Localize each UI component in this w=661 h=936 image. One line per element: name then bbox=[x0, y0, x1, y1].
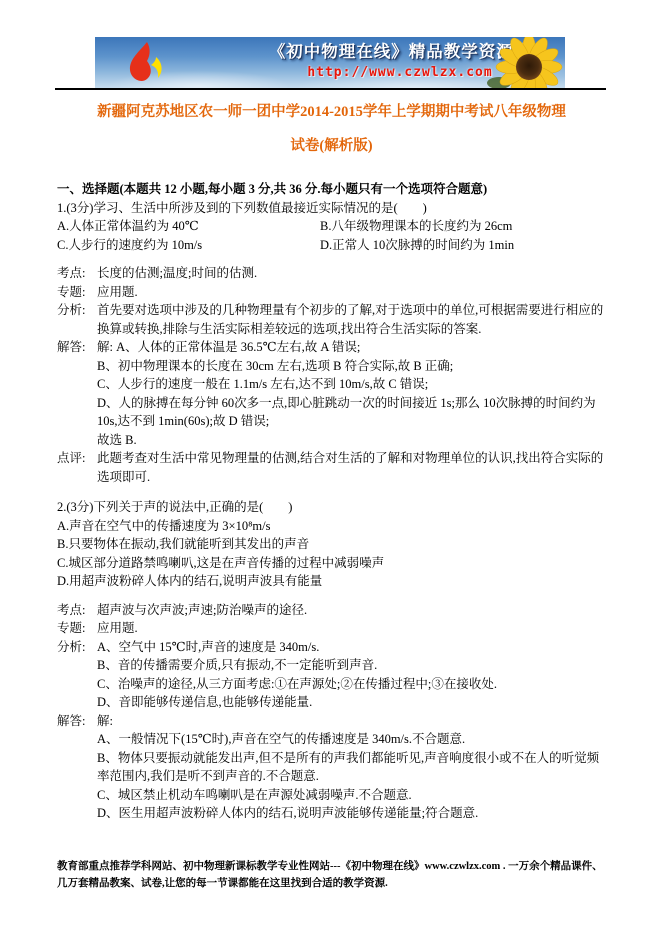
footer-text: 教育部重点推荐学科网站、初中物理新课标教学专业性网站---《初中物理在线》www… bbox=[57, 858, 609, 892]
document-content: 新疆阿克苏地区农一师一团中学2014-2015学年上学期期中考试八年级物理 试卷… bbox=[57, 96, 606, 823]
question-2-option-d: D.用超声波粉碎人体内的结石,说明声波具有能量 bbox=[57, 572, 606, 591]
question-1-stem: 1.(3分)学习、生活中所涉及到的下列数值最接近实际情况的是( ) bbox=[57, 199, 606, 218]
zhuanti-label: 专题: bbox=[57, 619, 97, 638]
question-2: 2.(3分)下列关于声的说法中,正确的是( ) A.声音在空气中的传播速度为 3… bbox=[57, 498, 606, 823]
jieda-line: D、医生用超声波粉碎人体内的结石,说明声波能够传递能量;符合题意. bbox=[97, 804, 606, 823]
fenxi-line: A、空气中 15℃时,声音的速度是 340m/s. bbox=[97, 638, 606, 657]
question-2-fenxi-text: A、空气中 15℃时,声音的速度是 340m/s. B、音的传播需要介质,只有振… bbox=[97, 638, 606, 712]
jieda-line: 故选 B. bbox=[97, 431, 606, 450]
question-2-kaodian-row: 考点: 超声波与次声波;声速;防治噪声的途径. bbox=[57, 601, 606, 620]
jieda-line: C、城区禁止机动车鸣喇叭是在声源处减弱噪声.不合题意. bbox=[97, 786, 606, 805]
header-divider bbox=[55, 88, 606, 90]
fenxi-label: 分析: bbox=[57, 301, 97, 320]
jieda-line: C、人步行的速度一般在 1.1m/s 左右,达不到 10m/s,故 C 错误; bbox=[97, 375, 606, 394]
document-title-line2: 试卷(解析版) bbox=[57, 135, 606, 157]
question-2-zhuanti-text: 应用题. bbox=[97, 619, 606, 638]
zhuanti-label: 专题: bbox=[57, 283, 97, 302]
question-2-jieda-text: 解: A、一般情况下(15℃时),声音在空气的传播速度是 340m/s.不合题意… bbox=[97, 712, 606, 823]
section-1-heading: 一、选择题(本题共 12 小题,每小题 3 分,共 36 分.每小题只有一个选项… bbox=[57, 180, 606, 199]
jieda-line: 解: bbox=[97, 712, 606, 731]
question-2-option-a: A.声音在空气中的传播速度为 3×10⁸m/s bbox=[57, 517, 606, 536]
site-banner: 《初中物理在线》精品教学资源库 http://www.czwlzx.com bbox=[95, 37, 565, 88]
question-2-jieda-row: 解答: 解: A、一般情况下(15℃时),声音在空气的传播速度是 340m/s.… bbox=[57, 712, 606, 823]
question-1-option-d: D.正常人 10次脉搏的时间约为 1min bbox=[320, 236, 606, 255]
exam-document-page: 《初中物理在线》精品教学资源库 http://www.czwlzx.com bbox=[0, 0, 661, 936]
fenxi-label: 分析: bbox=[57, 638, 97, 657]
question-1: 1.(3分)学习、生活中所涉及到的下列数值最接近实际情况的是( ) A.人体正常… bbox=[57, 199, 606, 487]
jieda-line: D、人的脉搏在每分钟 60次多一点,即心脏跳动一次的时间接近 1s;那么 10次… bbox=[97, 394, 606, 431]
page-footer: 教育部重点推荐学科网站、初中物理新课标教学专业性网站---《初中物理在线》www… bbox=[57, 858, 609, 892]
question-2-fenxi-row: 分析: A、空气中 15℃时,声音的速度是 340m/s. B、音的传播需要介质… bbox=[57, 638, 606, 712]
question-2-option-c: C.城区部分道路禁鸣喇叭,这是在声音传播的过程中减弱噪声 bbox=[57, 554, 606, 573]
jieda-line: A、一般情况下(15℃时),声音在空气的传播速度是 340m/s.不合题意. bbox=[97, 730, 606, 749]
question-1-kaodian-text: 长度的估测;温度;时间的估测. bbox=[97, 264, 606, 283]
jieda-line: B、物体只要振动就能发出声,但不是所有的声我们都能听见,声音响度很小或不在人的听… bbox=[97, 749, 606, 786]
question-1-kaodian-row: 考点: 长度的估测;温度;时间的估测. bbox=[57, 264, 606, 283]
dianping-label: 点评: bbox=[57, 449, 97, 468]
question-1-fenxi-row: 分析: 首先要对选项中涉及的几种物理量有个初步的了解,对于选项中的单位,可根据需… bbox=[57, 301, 606, 338]
sunflower-image bbox=[485, 37, 565, 88]
question-2-stem: 2.(3分)下列关于声的说法中,正确的是( ) bbox=[57, 498, 606, 517]
question-2-kaodian-text: 超声波与次声波;声速;防治噪声的途径. bbox=[97, 601, 606, 620]
fenxi-line: D、音即能够传递信息,也能够传递能量. bbox=[97, 693, 606, 712]
question-2-options: A.声音在空气中的传播速度为 3×10⁸m/s B.只要物体在振动,我们就能听到… bbox=[57, 517, 606, 591]
kaodian-label: 考点: bbox=[57, 264, 97, 283]
site-logo-icon bbox=[120, 41, 170, 88]
fenxi-line: B、音的传播需要介质,只有振动,不一定能听到声音. bbox=[97, 656, 606, 675]
question-1-option-c: C.人步行的速度约为 10m/s bbox=[57, 236, 320, 255]
question-1-option-b: B.八年级物理课本的长度约为 26cm bbox=[320, 217, 606, 236]
jieda-label: 解答: bbox=[57, 712, 97, 731]
question-2-option-b: B.只要物体在振动,我们就能听到其发出的声音 bbox=[57, 535, 606, 554]
question-1-dianping-row: 点评: 此题考查对生活中常见物理量的估测,结合对生活的了解和对物理单位的认识,找… bbox=[57, 449, 606, 486]
question-1-zhuanti-text: 应用题. bbox=[97, 283, 606, 302]
question-1-option-a: A.人体正常体温约为 40℃ bbox=[57, 217, 320, 236]
question-1-jieda-text: 解: A、人体的正常体温是 36.5℃左右,故 A 错误; B、初中物理课本的长… bbox=[97, 338, 606, 449]
question-2-zhuanti-row: 专题: 应用题. bbox=[57, 619, 606, 638]
kaodian-label: 考点: bbox=[57, 601, 97, 620]
document-title-line1: 新疆阿克苏地区农一师一团中学2014-2015学年上学期期中考试八年级物理 bbox=[57, 101, 606, 123]
jieda-line: B、初中物理课本的长度在 30cm 左右,选项 B 符合实际,故 B 正确; bbox=[97, 357, 606, 376]
jieda-line: 解: A、人体的正常体温是 36.5℃左右,故 A 错误; bbox=[97, 338, 606, 357]
jieda-label: 解答: bbox=[57, 338, 97, 357]
question-1-dianping-text: 此题考查对生活中常见物理量的估测,结合对生活的了解和对物理单位的认识,找出符合实… bbox=[97, 449, 606, 486]
question-1-options: A.人体正常体温约为 40℃ B.八年级物理课本的长度约为 26cm C.人步行… bbox=[57, 217, 606, 254]
question-1-jieda-row: 解答: 解: A、人体的正常体温是 36.5℃左右,故 A 错误; B、初中物理… bbox=[57, 338, 606, 449]
fenxi-line: C、治噪声的途径,从三方面考虑:①在声源处;②在传播过程中;③在接收处. bbox=[97, 675, 606, 694]
question-1-fenxi-text: 首先要对选项中涉及的几种物理量有个初步的了解,对于选项中的单位,可根据需要进行相… bbox=[97, 301, 606, 338]
question-1-zhuanti-row: 专题: 应用题. bbox=[57, 283, 606, 302]
